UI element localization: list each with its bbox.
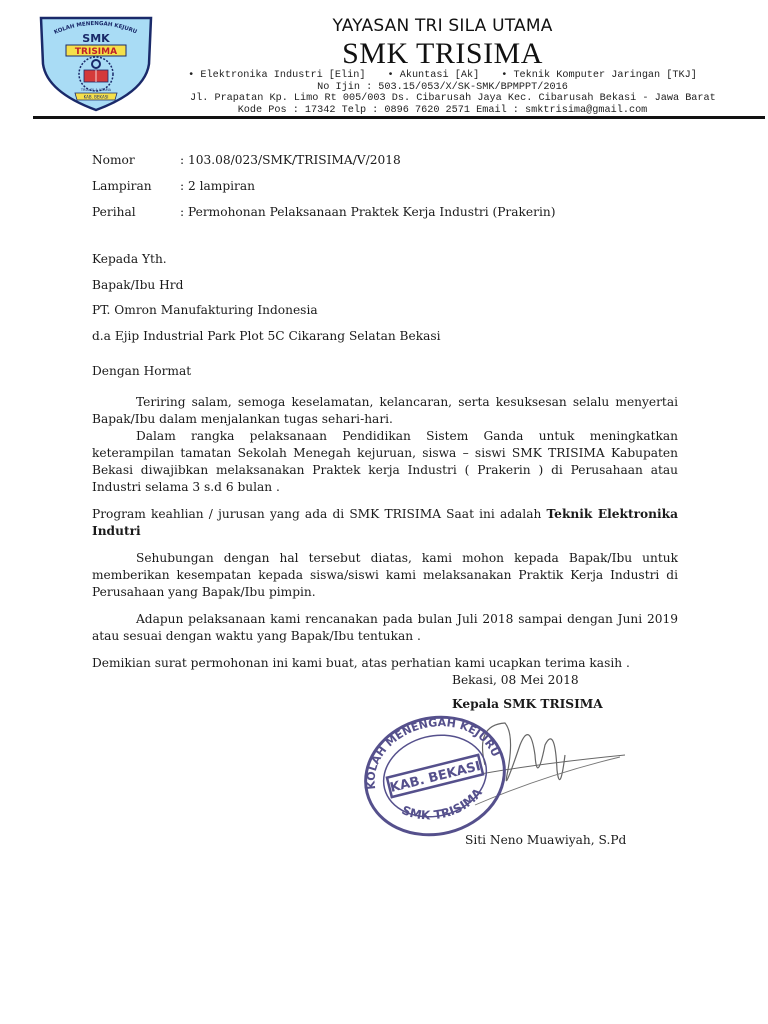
body-paragraph: Dalam rangka pelaksanaan Pendidikan Sist… [92,428,678,496]
program-item: Teknik Komputer Jaringan [TKJ] [501,70,697,82]
meta-label: Perihal [92,199,180,225]
letter-body: Teriring salam, semoga keselamatan, kela… [92,394,678,672]
body-paragraph: Demikian surat permohonan ini kami buat,… [92,655,678,672]
meta-row-lampiran: Lampiran : 2 lampiran [92,173,555,199]
meta-row-perihal: Perihal : Permohonan Pelaksanaan Praktek… [92,199,555,225]
body-paragraph: Program keahlian / jurusan yang ada di S… [92,506,678,540]
meta-row-nomor: Nomor : 103.08/023/SMK/TRISIMA/V/2018 [92,147,555,173]
program-statement: Program keahlian / jurusan yang ada di S… [92,507,547,521]
meta-value: : Permohonan Pelaksanaan Praktek Kerja I… [180,199,555,225]
permit-number: No Ijin : 503.15/053/X/SK-SMK/BPMPPT/201… [190,82,695,94]
place-date: Bekasi, 08 Mei 2018 [452,673,579,687]
foundation-name: YAYASAN TRI SILA UTAMA [190,14,695,38]
letter-meta: Nomor : 103.08/023/SMK/TRISIMA/V/2018 La… [92,147,555,225]
program-item: Akuntasi [Ak] [387,70,479,82]
meta-label: Nomor [92,147,180,173]
letterhead-divider [33,116,765,119]
recipient-line: Bapak/Ibu Hrd [92,273,441,299]
signer-title: Kepala SMK TRISIMA [452,697,603,711]
logo-smk-text: SMK [82,32,110,45]
greeting: Dengan Hormat [92,364,191,378]
program-item: Elektronika Industri [Elin] [188,70,365,82]
official-stamp-icon: SEKOLAH MENENGAH KEJURUAN SMK TRISIMA KA… [360,712,510,840]
body-paragraph: Adapun pelaksanaan kami rencanakan pada … [92,611,678,645]
school-name: SMK TRISIMA [190,38,695,70]
logo-trisima-text: TRISIMA [75,47,117,57]
body-paragraph: Sehubungan dengan hal tersebut diatas, k… [92,550,678,601]
signer-name: Siti Neno Muawiyah, S.Pd [465,833,626,847]
meta-label: Lampiran [92,173,180,199]
recipient-block: Kepada Yth. Bapak/Ibu Hrd PT. Omron Manu… [92,247,441,349]
recipient-line: Kepada Yth. [92,247,441,273]
school-contact: Kode Pos : 17342 Telp : 0896 7620 2571 E… [190,105,695,117]
meta-value: : 103.08/023/SMK/TRISIMA/V/2018 [180,147,401,173]
logo-motto: TRIA SILA UTAMA [80,88,112,92]
recipient-line: d.a Ejip Industrial Park Plot 5C Cikaran… [92,324,441,350]
meta-value: : 2 lampiran [180,173,255,199]
letterhead: YAYASAN TRI SILA UTAMA SMK TRISIMA Elekt… [190,14,695,116]
program-list: Elektronika Industri [Elin] Akuntasi [Ak… [190,70,695,82]
recipient-line: PT. Omron Manufakturing Indonesia [92,298,441,324]
school-address: Jl. Prapatan Kp. Limo Rt 005/003 Ds. Cib… [190,93,695,105]
body-paragraph: Teriring salam, semoga keselamatan, kela… [92,394,678,428]
logo-ribbon: KAB. BEKASI [84,95,109,100]
school-shield-logo-icon: SEKOLAH MENENGAH KEJURUAN SMK TRISIMA TR… [37,12,155,112]
